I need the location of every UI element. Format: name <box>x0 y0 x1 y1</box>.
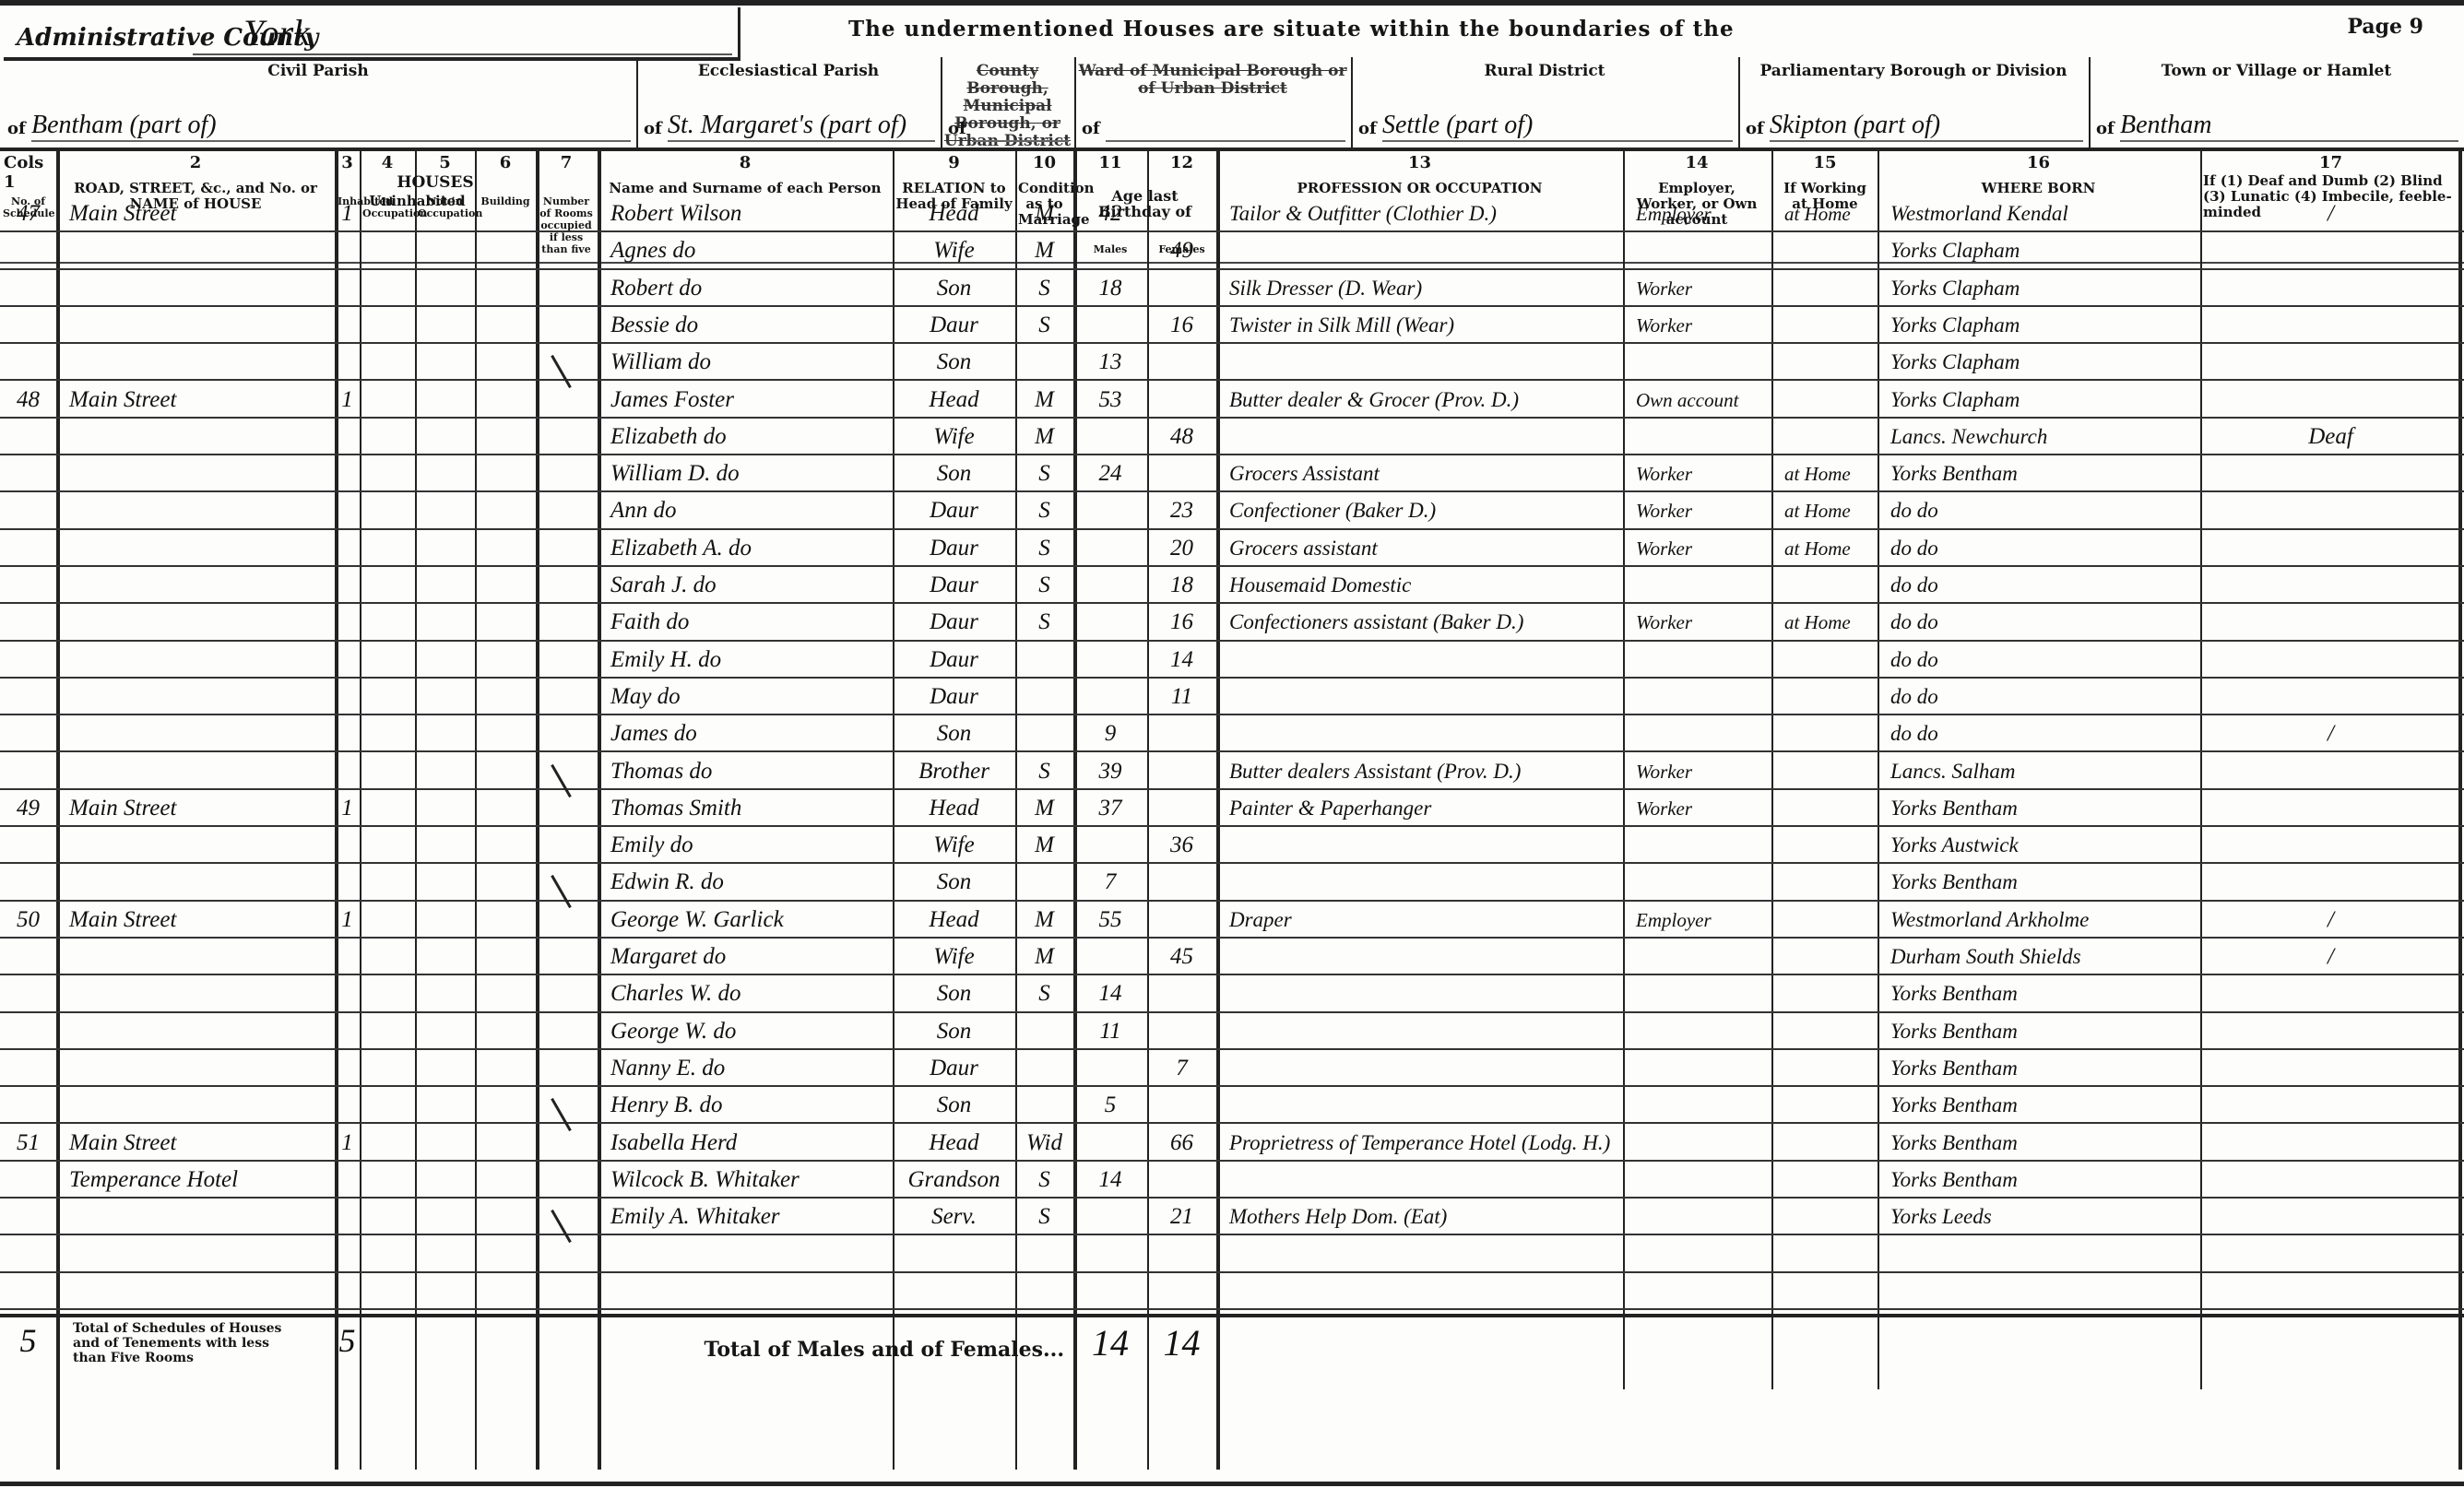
female-age-cell: 36 <box>1147 827 1216 863</box>
born-cell: Westmorland Kendal <box>1890 195 2196 231</box>
schedule-cell: 49 <box>0 790 56 826</box>
condition-cell: Wid <box>1015 1125 1073 1161</box>
column-header: WHERE BORN <box>1880 181 2197 196</box>
table-row: Emily doWifeM36Yorks Austwick <box>0 827 2464 864</box>
condition-cell: S <box>1015 1162 1073 1198</box>
district-value: St. Margaret's (part of) <box>668 111 935 142</box>
name-cell: May do <box>610 679 889 714</box>
relation-cell: Son <box>893 715 1015 751</box>
condition-cell: S <box>1015 975 1073 1011</box>
relation-cell: Daur <box>893 492 1015 528</box>
top-border <box>0 0 2464 6</box>
born-cell: Yorks Clapham <box>1890 382 2196 418</box>
totals-rule <box>0 1314 2464 1317</box>
table-row: Thomas doBrotherS39Butter dealers Assist… <box>0 753 2464 790</box>
infirmity-cell: / <box>2200 939 2461 974</box>
table-row: 47Main Street1Robert WilsonHeadM42Tailor… <box>0 195 2464 232</box>
employment-cell: Employer <box>1636 902 1767 938</box>
condition-cell: S <box>1015 1199 1073 1234</box>
born-cell: Yorks Bentham <box>1890 975 2196 1011</box>
name-cell: Charles W. do <box>610 975 889 1011</box>
name-cell: Ann do <box>610 492 889 528</box>
relation-cell: Grandson <box>893 1162 1015 1198</box>
born-cell: Yorks Bentham <box>1890 1125 2196 1161</box>
name-cell: Nanny E. do <box>610 1050 889 1086</box>
schedule-cell: 47 <box>0 195 56 231</box>
male-age-cell: 9 <box>1073 715 1147 751</box>
male-age-cell: 18 <box>1073 270 1147 306</box>
born-cell: Yorks Austwick <box>1890 827 2196 863</box>
born-cell: Yorks Bentham <box>1890 455 2196 491</box>
column-number: 13 <box>1216 153 1623 172</box>
name-cell: Henry B. do <box>610 1087 889 1123</box>
male-age-cell: 42 <box>1073 195 1147 231</box>
name-cell: Sarah J. do <box>610 567 889 603</box>
name-cell: Edwin R. do <box>610 864 889 900</box>
relation-cell: Daur <box>893 307 1015 343</box>
table-row: Sarah J. doDaurS18Housemaid Domesticdo d… <box>0 567 2464 604</box>
condition-cell: S <box>1015 567 1073 603</box>
at-home-cell: at Home <box>1784 195 1875 231</box>
born-cell: do do <box>1890 642 2196 678</box>
inhabited-cell: 1 <box>335 902 360 938</box>
column-number: 4 <box>360 153 415 172</box>
relation-cell: Son <box>893 270 1015 306</box>
born-cell: Yorks Clapham <box>1890 344 2196 380</box>
administrative-county-box: Administrative County York <box>4 7 740 61</box>
employment-cell: Worker <box>1636 307 1767 343</box>
district-label: Town or Village or Hamlet <box>2089 63 2464 80</box>
column-number: 15 <box>1771 153 1878 172</box>
inhabited-cell: 1 <box>335 382 360 418</box>
table-row: Ann doDaurS23Confectioner (Baker D.)Work… <box>0 492 2464 529</box>
born-cell: do do <box>1890 715 2196 751</box>
table-row: Edwin R. doSon7Yorks Bentham <box>0 864 2464 901</box>
relation-cell: Head <box>893 382 1015 418</box>
born-cell: Yorks Bentham <box>1890 1013 2196 1049</box>
district-5: Parliamentary Borough or DivisionofSkipt… <box>1738 57 2091 148</box>
employment-cell: Worker <box>1636 270 1767 306</box>
of-label: of <box>1082 119 1100 138</box>
name-cell: Emily H. do <box>610 642 889 678</box>
name-cell: George W. do <box>610 1013 889 1049</box>
born-cell: do do <box>1890 530 2196 566</box>
relation-cell: Wife <box>893 827 1015 863</box>
condition-cell: M <box>1015 419 1073 455</box>
female-age-cell: 66 <box>1147 1125 1216 1161</box>
at-home-cell: at Home <box>1784 492 1875 528</box>
of-label: of <box>7 119 26 138</box>
male-age-cell: 37 <box>1073 790 1147 826</box>
table-row: Bessie doDaurS16Twister in Silk Mill (We… <box>0 307 2464 344</box>
male-age-cell: 24 <box>1073 455 1147 491</box>
table-row: May doDaur11do do <box>0 679 2464 715</box>
relation-cell: Head <box>893 1125 1015 1161</box>
table-row: 48Main Street1James FosterHeadM53Butter … <box>0 382 2464 419</box>
column-number: 16 <box>1878 153 2199 172</box>
district-label: Rural District <box>1351 63 1738 80</box>
name-cell: Thomas do <box>610 753 889 789</box>
district-2: County Borough, Municipal Borough, or Ur… <box>941 57 1076 148</box>
female-age-cell: 16 <box>1147 604 1216 640</box>
name-cell: Wilcock B. Whitaker <box>610 1162 889 1198</box>
address-cell: Main Street <box>69 1125 331 1161</box>
table-row: Charles W. doSonS14Yorks Bentham <box>0 975 2464 1012</box>
name-cell: Agnes do <box>610 232 889 268</box>
born-cell: Yorks Bentham <box>1890 790 2196 826</box>
occupation-cell: Confectioner (Baker D.) <box>1229 492 1619 528</box>
census-table: Cols 1No. of Schedule2ROAD, STREET, &c.,… <box>0 151 2464 1479</box>
employment-cell: Worker <box>1636 455 1767 491</box>
district-label: Civil Parish <box>0 63 636 80</box>
column-number: 6 <box>475 153 536 172</box>
relation-cell: Son <box>893 344 1015 380</box>
address-cell: Temperance Hotel <box>69 1162 331 1198</box>
born-cell: Yorks Leeds <box>1890 1199 2196 1234</box>
address-cell: Main Street <box>69 382 331 418</box>
column-number: 3 <box>335 153 360 172</box>
female-age-cell: 20 <box>1147 530 1216 566</box>
born-cell: Yorks Bentham <box>1890 1050 2196 1086</box>
condition-cell: M <box>1015 382 1073 418</box>
name-cell: Margaret do <box>610 939 889 974</box>
male-age-cell: 39 <box>1073 753 1147 789</box>
occupation-cell: Grocers Assistant <box>1229 455 1619 491</box>
name-cell: Isabella Herd <box>610 1125 889 1161</box>
name-cell: James Foster <box>610 382 889 418</box>
condition-cell: S <box>1015 604 1073 640</box>
persons-total-label: Total of Males and of Females... <box>671 1338 1064 1382</box>
name-cell: Thomas Smith <box>610 790 889 826</box>
column-number: 7 <box>536 153 597 172</box>
name-cell: Robert Wilson <box>610 195 889 231</box>
employment-cell: Worker <box>1636 604 1767 640</box>
male-age-cell: 13 <box>1073 344 1147 380</box>
male-age-cell: 11 <box>1073 1013 1147 1049</box>
district-6: Town or Village or HamletofBentham <box>2089 57 2464 148</box>
table-row: James doSon9do do/ <box>0 715 2464 752</box>
born-cell: do do <box>1890 567 2196 603</box>
table-row: William doSon13Yorks Clapham <box>0 344 2464 381</box>
bottom-border <box>0 1482 2464 1486</box>
address-cell: Main Street <box>69 790 331 826</box>
district-value <box>972 140 1069 142</box>
table-row: Elizabeth A. doDaurS20Grocers assistantW… <box>0 530 2464 567</box>
table-row: George W. doSon11Yorks Bentham <box>0 1013 2464 1050</box>
district-value: Settle (part of) <box>1382 111 1733 142</box>
occupation-cell: Butter dealers Assistant (Prov. D.) <box>1229 753 1619 789</box>
female-age-cell: 18 <box>1147 567 1216 603</box>
male-age-cell: 14 <box>1073 1162 1147 1198</box>
table-row: Nanny E. doDaur7Yorks Bentham <box>0 1050 2464 1087</box>
born-cell: Yorks Bentham <box>1890 1162 2196 1198</box>
occupation-cell: Butter dealer & Grocer (Prov. D.) <box>1229 382 1619 418</box>
born-cell: Yorks Bentham <box>1890 864 2196 900</box>
occupation-cell: Painter & Paperhanger <box>1229 790 1619 826</box>
name-cell: Robert do <box>610 270 889 306</box>
female-age-cell: 49 <box>1147 232 1216 268</box>
table-row: 50Main Street1George W. GarlickHeadM55Dr… <box>0 902 2464 939</box>
infirmity-cell: / <box>2200 715 2461 751</box>
name-cell: Emily A. Whitaker <box>610 1199 889 1234</box>
born-cell: do do <box>1890 604 2196 640</box>
column-header: Name and Surname of each Person <box>600 181 890 196</box>
table-row <box>0 1273 2464 1310</box>
relation-cell: Daur <box>893 604 1015 640</box>
relation-cell: Daur <box>893 1050 1015 1086</box>
census-sheet: Administrative County York The underment… <box>0 0 2464 1488</box>
at-home-cell: at Home <box>1784 604 1875 640</box>
table-row <box>0 1235 2464 1272</box>
condition-cell: S <box>1015 492 1073 528</box>
employment-cell: Worker <box>1636 492 1767 528</box>
situate-heading: The undermentioned Houses are situate wi… <box>848 17 1735 41</box>
occupation-cell: Silk Dresser (D. Wear) <box>1229 270 1619 306</box>
born-cell: do do <box>1890 492 2196 528</box>
table-row: Elizabeth doWifeM48Lancs. NewchurchDeaf <box>0 419 2464 455</box>
males-total: 14 <box>1073 1321 1147 1365</box>
relation-cell: Son <box>893 975 1015 1011</box>
occupation-cell: Mothers Help Dom. (Eat) <box>1229 1199 1619 1234</box>
name-cell: William do <box>610 344 889 380</box>
occupation-cell: Twister in Silk Mill (Wear) <box>1229 307 1619 343</box>
column-number: 2 <box>56 153 335 172</box>
relation-cell: Wife <box>893 939 1015 974</box>
name-cell: Faith do <box>610 604 889 640</box>
schedule-cell: 48 <box>0 382 56 418</box>
employment-cell: Worker <box>1636 790 1767 826</box>
female-age-cell: 23 <box>1147 492 1216 528</box>
relation-cell: Head <box>893 790 1015 826</box>
born-cell: Lancs. Salham <box>1890 753 2196 789</box>
name-cell: William D. do <box>610 455 889 491</box>
relation-cell: Daur <box>893 679 1015 714</box>
born-cell: do do <box>1890 679 2196 714</box>
male-age-cell: 14 <box>1073 975 1147 1011</box>
relation-cell: Head <box>893 902 1015 938</box>
address-cell: Main Street <box>69 195 331 231</box>
district-1: Ecclesiastical ParishofSt. Margaret's (p… <box>636 57 942 148</box>
district-value: Skipton (part of) <box>1770 111 2083 142</box>
schedule-cell: 51 <box>0 1125 56 1161</box>
relation-cell: Wife <box>893 232 1015 268</box>
female-age-cell: 48 <box>1147 419 1216 455</box>
females-total: 14 <box>1147 1321 1216 1365</box>
female-age-cell: 16 <box>1147 307 1216 343</box>
of-label: of <box>1746 119 1764 138</box>
occupation-cell: Proprietress of Temperance Hotel (Lodg. … <box>1229 1125 1619 1161</box>
female-age-cell: 45 <box>1147 939 1216 974</box>
condition-cell: M <box>1015 195 1073 231</box>
condition-cell: M <box>1015 902 1073 938</box>
condition-cell: S <box>1015 530 1073 566</box>
name-cell: Elizabeth do <box>610 419 889 455</box>
column-header: PROFESSION OR OCCUPATION <box>1219 181 1620 196</box>
relation-cell: Son <box>893 1013 1015 1049</box>
relation-cell: Son <box>893 455 1015 491</box>
name-cell: Bessie do <box>610 307 889 343</box>
male-age-cell: 55 <box>1073 902 1147 938</box>
condition-cell: M <box>1015 939 1073 974</box>
column-number: 5 <box>415 153 475 172</box>
occupation-cell: Tailor & Outfitter (Clothier D.) <box>1229 195 1619 231</box>
table-row: Margaret doWifeM45Durham South Shields/ <box>0 939 2464 975</box>
female-age-cell: 14 <box>1147 642 1216 678</box>
column-number: Cols 1 <box>4 153 60 192</box>
born-cell: Yorks Clapham <box>1890 270 2196 306</box>
address-cell: Main Street <box>69 902 331 938</box>
name-cell: James do <box>610 715 889 751</box>
district-0: Civil ParishofBentham (part of) <box>0 57 638 148</box>
name-cell: Elizabeth A. do <box>610 530 889 566</box>
inhabited-cell: 1 <box>335 1125 360 1161</box>
condition-cell: S <box>1015 455 1073 491</box>
district-value: Bentham (part of) <box>31 111 631 142</box>
occupation-cell: Draper <box>1229 902 1619 938</box>
houses-group-header: HOUSES <box>335 175 536 191</box>
of-label: of <box>948 119 966 138</box>
column-number: 17 <box>2200 153 2461 172</box>
employment-cell: Worker <box>1636 753 1767 789</box>
column-number: 8 <box>598 153 893 172</box>
relation-cell: Son <box>893 1087 1015 1123</box>
infirmity-cell: / <box>2200 195 2461 231</box>
district-value <box>1106 140 1345 142</box>
condition-cell: S <box>1015 753 1073 789</box>
inhabited-cell: 1 <box>335 790 360 826</box>
district-value: Bentham <box>2120 111 2458 142</box>
inhabited-cell: 1 <box>335 195 360 231</box>
born-cell: Yorks Bentham <box>1890 1087 2196 1123</box>
relation-cell: Daur <box>893 642 1015 678</box>
table-row: Henry B. doSon5Yorks Bentham <box>0 1087 2464 1124</box>
born-cell: Yorks Clapham <box>1890 232 2196 268</box>
table-row: Faith doDaurS16Confectioners assistant (… <box>0 604 2464 641</box>
infirmity-cell: / <box>2200 902 2461 938</box>
relation-cell: Daur <box>893 567 1015 603</box>
relation-cell: Serv. <box>893 1199 1015 1234</box>
born-cell: Durham South Shields <box>1890 939 2196 974</box>
name-cell: Emily do <box>610 827 889 863</box>
table-row: Emily H. doDaur14do do <box>0 642 2464 679</box>
female-age-cell: 7 <box>1147 1050 1216 1086</box>
female-age-cell: 21 <box>1147 1199 1216 1234</box>
district-3: Ward of Municipal Borough or of Urban Di… <box>1074 57 1353 148</box>
district-4: Rural DistrictofSettle (part of) <box>1351 57 1740 148</box>
relation-cell: Son <box>893 864 1015 900</box>
condition-cell: M <box>1015 790 1073 826</box>
relation-cell: Brother <box>893 753 1015 789</box>
table-row: William D. doSonS24Grocers AssistantWork… <box>0 455 2464 492</box>
houses-total: 5 <box>335 1321 360 1365</box>
male-age-cell: 5 <box>1073 1087 1147 1123</box>
table-row: Temperance HotelWilcock B. WhitakerGrand… <box>0 1162 2464 1199</box>
column-number: 14 <box>1623 153 1771 172</box>
at-home-cell: at Home <box>1784 530 1875 566</box>
schedules-total-label: Total of Schedules of Houses and of Tene… <box>73 1321 303 1365</box>
born-cell: Westmorland Arkholme <box>1890 902 2196 938</box>
relation-cell: Daur <box>893 530 1015 566</box>
relation-cell: Head <box>893 195 1015 231</box>
schedule-cell: 50 <box>0 902 56 938</box>
male-age-cell: 53 <box>1073 382 1147 418</box>
column-number: 11 <box>1073 153 1147 172</box>
column-number: 10 <box>1015 153 1073 172</box>
condition-cell: M <box>1015 827 1073 863</box>
table-row: Agnes doWifeM49Yorks Clapham <box>0 232 2464 269</box>
page-number: Page 9 <box>2347 15 2423 39</box>
condition-cell: S <box>1015 270 1073 306</box>
occupation-cell: Confectioners assistant (Baker D.) <box>1229 604 1619 640</box>
at-home-cell: at Home <box>1784 455 1875 491</box>
occupation-cell: Grocers assistant <box>1229 530 1619 566</box>
administrative-county-value: York <box>243 11 310 54</box>
condition-cell: S <box>1015 307 1073 343</box>
of-label: of <box>2096 119 2115 138</box>
male-age-cell: 7 <box>1073 864 1147 900</box>
of-label: of <box>1358 119 1377 138</box>
column-number: 9 <box>893 153 1015 172</box>
column-number: 12 <box>1147 153 1216 172</box>
employment-cell: Employer <box>1636 195 1767 231</box>
infirmity-cell: Deaf <box>2200 419 2461 455</box>
employment-cell: Own account <box>1636 382 1767 418</box>
table-row: Robert doSonS18Silk Dresser (D. Wear)Wor… <box>0 270 2464 307</box>
table-row: 49Main Street1Thomas SmithHeadM37Painter… <box>0 790 2464 827</box>
district-label: Ecclesiastical Parish <box>636 63 941 80</box>
of-label: of <box>644 119 662 138</box>
district-label: Ward of Municipal Borough or of Urban Di… <box>1074 63 1351 98</box>
district-label: Parliamentary Borough or Division <box>1738 63 2089 80</box>
occupation-cell: Housemaid Domestic <box>1229 567 1619 603</box>
table-row: 51Main Street1Isabella HerdHeadWid66Prop… <box>0 1125 2464 1162</box>
born-cell: Lancs. Newchurch <box>1890 419 2196 455</box>
condition-cell: M <box>1015 232 1073 268</box>
name-cell: George W. Garlick <box>610 902 889 938</box>
female-age-cell: 11 <box>1147 679 1216 714</box>
born-cell: Yorks Clapham <box>1890 307 2196 343</box>
employment-cell: Worker <box>1636 530 1767 566</box>
relation-cell: Wife <box>893 419 1015 455</box>
table-row: Emily A. WhitakerServ.S21Mothers Help Do… <box>0 1199 2464 1235</box>
schedules-total: 5 <box>0 1321 56 1365</box>
